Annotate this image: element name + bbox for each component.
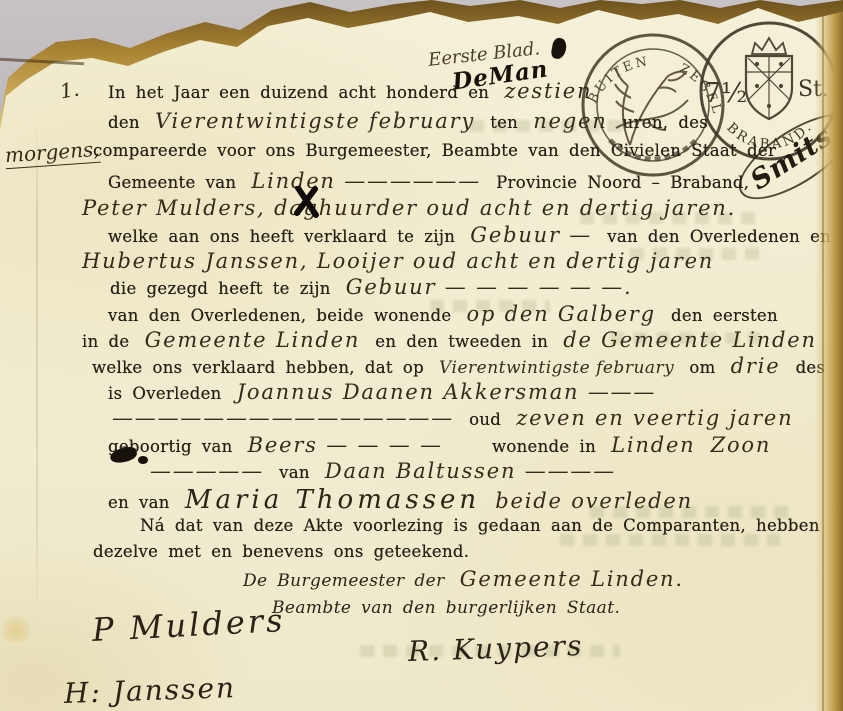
handwritten-entry: op den Galberg (466, 302, 655, 326)
line-relation-2: die gezegd heeft te zijn Gebuur — — — — … (110, 276, 642, 299)
printed-text: van den Overledenen en (607, 227, 831, 246)
handwritten-entry: Peter Mulders, daghuurder oud acht en de… (82, 196, 736, 220)
signature-kuypers: R. Kuypers (407, 629, 583, 668)
printed-text: oud (469, 410, 501, 429)
coat-of-arms-icon (746, 38, 792, 119)
line-year: In het Jaar een duizend acht honderd en … (108, 80, 602, 103)
ink-blot-cross (294, 186, 322, 218)
handwritten-entry: Vierentwintigste february (155, 109, 475, 133)
act-number-text: 1. (58, 77, 81, 104)
handwritten-entry: Zoon (711, 433, 772, 457)
handwritten-rule: ————— (150, 459, 264, 483)
line-burgemeester-title: De Burgemeester der Gemeente Linden. (243, 568, 694, 591)
handwritten-entry: de Gemeente Linden (563, 328, 817, 352)
handwritten-entry: zeven en veertig jaren (516, 406, 793, 430)
line-father: ————— van Daan Baltussen ———— (150, 460, 626, 483)
handwritten-entry: negen (533, 109, 607, 133)
printed-text: dezelve met en benevens ons geteekend. (93, 542, 469, 561)
ink-blot (550, 37, 567, 60)
handwritten-entry: drie (731, 354, 781, 378)
printed-text: den (108, 113, 140, 132)
handwritten-entry: Linden (611, 433, 695, 457)
line-comparition: compareerde voor ons Burgemeester, Beamb… (93, 141, 786, 161)
handwritten-entry: Gebuur — (470, 223, 592, 247)
line-deceased-age: ——————————————— oud zeven en veertig jar… (112, 407, 803, 430)
handwritten-entry: Linden —————— (251, 169, 481, 193)
handwritten-entry: Joannus Daanen Akkersman ——— (237, 380, 657, 404)
paper-crease (36, 120, 38, 620)
handwritten-entry: Beers — — — — (248, 433, 443, 457)
line-municipality: Gemeente van Linden —————— Provincie Noo… (108, 170, 759, 193)
line-beambte-title: Beambte van den burgerlijken Staat. (272, 598, 630, 618)
line-date-time: den Vierentwintigste february ten negen … (108, 110, 718, 133)
handwritten-entry: zestien (504, 79, 592, 103)
printed-text: De Burgemeester der (243, 571, 445, 591)
printed-text: Gemeente van (108, 173, 236, 192)
handwritten-entry: beide overleden (495, 489, 693, 513)
line-residence: van den Overledenen, beide wonende op de… (108, 303, 788, 326)
printed-text: welke ons verklaard hebben, dat op (92, 358, 424, 377)
printed-text: en van (108, 493, 170, 512)
line-birthplace-residence: geboortig van Beers — — — — wonende in L… (108, 434, 781, 457)
line-death-declaration: welke ons verklaard hebben, dat op Viere… (92, 355, 843, 378)
line-relation-1: welke aan ons heeft verklaard te zijn Ge… (108, 224, 841, 247)
ink-blot (138, 456, 148, 464)
printed-text: welke aan ons heeft verklaard te zijn (108, 227, 455, 246)
line-declarant-1: Peter Mulders, daghuurder oud acht en de… (82, 197, 746, 220)
line-closing-signed: dezelve met en benevens ons geteekend. (93, 542, 479, 562)
handwritten-entry: Maria Thomassen (185, 485, 480, 515)
line-mother: en van Maria Thomassen beide overleden (108, 486, 703, 515)
handwritten-entry: Hubertus Janssen, Looijer oud acht en de… (82, 249, 714, 273)
paper-stain (2, 616, 30, 644)
printed-text: compareerde voor ons Burgemeester, Beamb… (93, 141, 776, 160)
printed-text: ten (490, 113, 518, 132)
page-edge-right (815, 0, 843, 711)
printed-text: Ná dat van deze Akte voorlezing is gedaa… (140, 516, 820, 535)
printed-text: en den tweeden in (375, 332, 548, 351)
handwritten-entry: Vierentwintigste february (439, 358, 674, 378)
printed-text: wonende in (492, 437, 596, 456)
printed-text: den eersten (671, 306, 778, 325)
printed-text: Beambte van den burgerlijken Staat. (272, 598, 620, 618)
printed-text: om (689, 358, 715, 377)
printed-text: in de (82, 332, 129, 351)
printed-text: uren, des (623, 113, 708, 132)
line-deceased-name: is Overleden Joannus Daanen Akkersman ——… (108, 381, 666, 404)
line-closing-readout: Ná dat van deze Akte voorlezing is gedaa… (140, 516, 830, 536)
verso-show-through (560, 534, 780, 546)
paper-sheet: Eerste Blad. DeMan BUITEN ZEGEL. (0, 0, 843, 711)
document-photo: Eerste Blad. DeMan BUITEN ZEGEL. (0, 0, 843, 711)
margin-word-text: morgens, (4, 137, 100, 168)
seal-plant-icon (615, 68, 688, 145)
act-number: 1. (58, 77, 81, 104)
handwritten-entry: Gemeente Linden. (460, 567, 684, 591)
printed-text: van (279, 463, 310, 482)
printed-text: die gezegd heeft te zijn (110, 279, 331, 298)
handwritten-entry: Gemeente Linden (145, 328, 361, 352)
line-declarant-2: Hubertus Janssen, Looijer oud acht en de… (82, 250, 724, 273)
margin-word-morgens: morgens, (4, 137, 100, 170)
line-residence-municipalities: in de Gemeente Linden en den tweeden in … (82, 329, 827, 352)
handwritten-entry: Daan Baltussen ———— (325, 459, 616, 483)
printed-text: van den Overledenen, beide wonende (108, 306, 451, 325)
signature-mulders: P Mulders (91, 601, 286, 649)
printed-text: In het Jaar een duizend acht honderd en (108, 83, 489, 102)
handwritten-rule: ——————————————— (112, 406, 454, 430)
printed-text: is Overleden (108, 384, 222, 403)
duty-value-text: 7½ (704, 78, 747, 109)
handwritten-entry: Gebuur — — — — — —. (346, 275, 633, 299)
printed-text: Provincie Noord – Braband, (496, 173, 749, 192)
signature-janssen: H: Janssen (63, 671, 236, 710)
